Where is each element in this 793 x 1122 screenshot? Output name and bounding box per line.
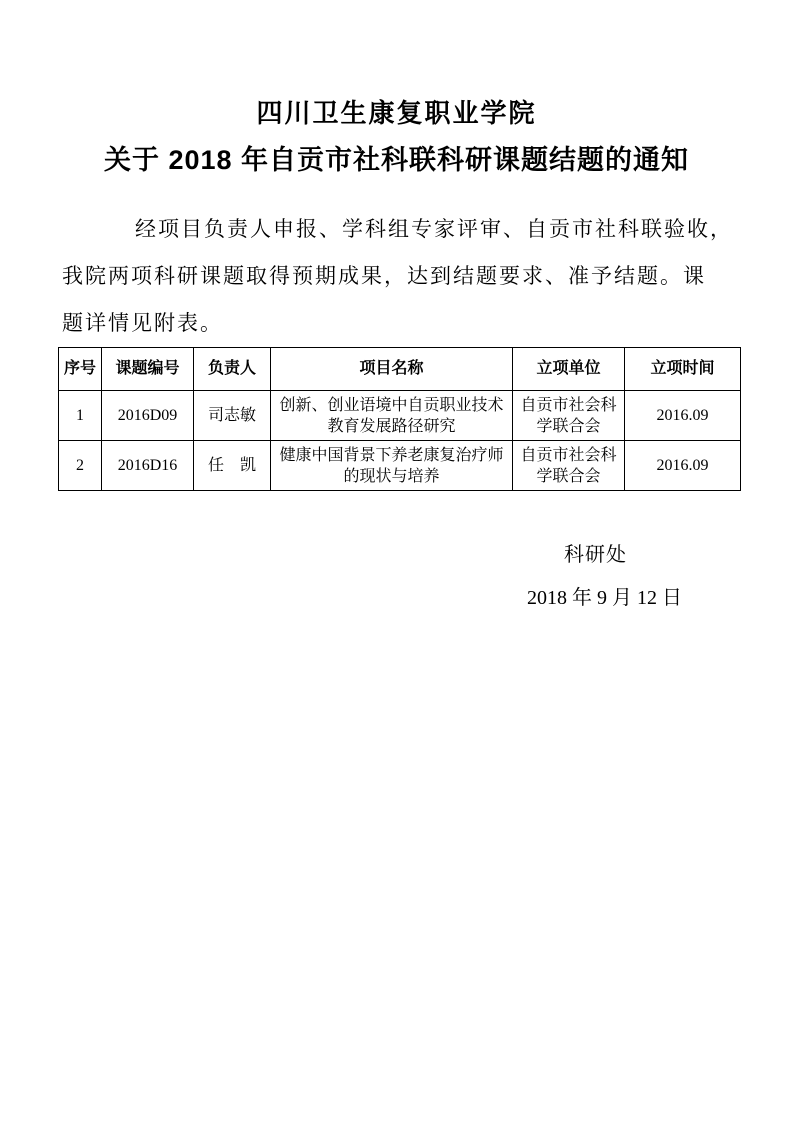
cell-leader: 司志敏	[194, 391, 271, 441]
doc-title-line2: 关于 2018 年自贡市社科联科研课题结题的通知	[0, 142, 793, 178]
table-row: 1 2016D09 司志敏 创新、创业语境中自贡职业技术教育发展路径研究 自贡市…	[59, 391, 741, 441]
table-row: 2 2016D16 任 凯 健康中国背景下养老康复治疗师的现状与培养 自贡市社会…	[59, 441, 741, 491]
table-header-row: 序号 课题编号 负责人 项目名称 立项单位 立项时间	[59, 348, 741, 391]
cell-project-name: 创新、创业语境中自贡职业技术教育发展路径研究	[271, 391, 513, 441]
cell-leader: 任 凯	[194, 441, 271, 491]
document-header: 四川卫生康复职业学院 关于 2018 年自贡市社科联科研课题结题的通知	[0, 0, 793, 178]
cell-approval-time: 2016.09	[625, 441, 741, 491]
col-header-index: 序号	[59, 348, 102, 391]
cell-approval-unit: 自贡市社会科学联合会	[513, 441, 625, 491]
cell-project-code: 2016D09	[102, 391, 194, 441]
paragraph-line: 题详情见附表。	[62, 300, 738, 347]
col-header-project-code: 课题编号	[102, 348, 194, 391]
doc-title-line1: 四川卫生康复职业学院	[0, 97, 793, 129]
cell-index: 1	[59, 391, 102, 441]
body-paragraph: 经项目负责人申报、学科组专家评审、自贡市社科联验收， 我院两项科研课题取得预期成…	[62, 206, 738, 347]
cell-approval-unit: 自贡市社会科学联合会	[513, 391, 625, 441]
col-header-approval-time: 立项时间	[625, 348, 741, 391]
col-header-leader: 负责人	[194, 348, 271, 391]
signature-department: 科研处	[0, 544, 793, 566]
paragraph-line: 我院两项科研课题取得预期成果，达到结题要求、准予结题。课	[62, 253, 738, 300]
cell-project-name: 健康中国背景下养老康复治疗师的现状与培养	[271, 441, 513, 491]
signature-date: 2018 年 9 月 12 日	[0, 587, 793, 609]
col-header-approval-unit: 立项单位	[513, 348, 625, 391]
col-header-project-name: 项目名称	[271, 348, 513, 391]
document-page: 四川卫生康复职业学院 关于 2018 年自贡市社科联科研课题结题的通知 经项目负…	[0, 0, 793, 1122]
cell-index: 2	[59, 441, 102, 491]
cell-approval-time: 2016.09	[625, 391, 741, 441]
paragraph-line: 经项目负责人申报、学科组专家评审、自贡市社科联验收，	[62, 206, 738, 253]
cell-project-code: 2016D16	[102, 441, 194, 491]
projects-table: 序号 课题编号 负责人 项目名称 立项单位 立项时间 1 2016D09 司志敏…	[58, 347, 741, 491]
